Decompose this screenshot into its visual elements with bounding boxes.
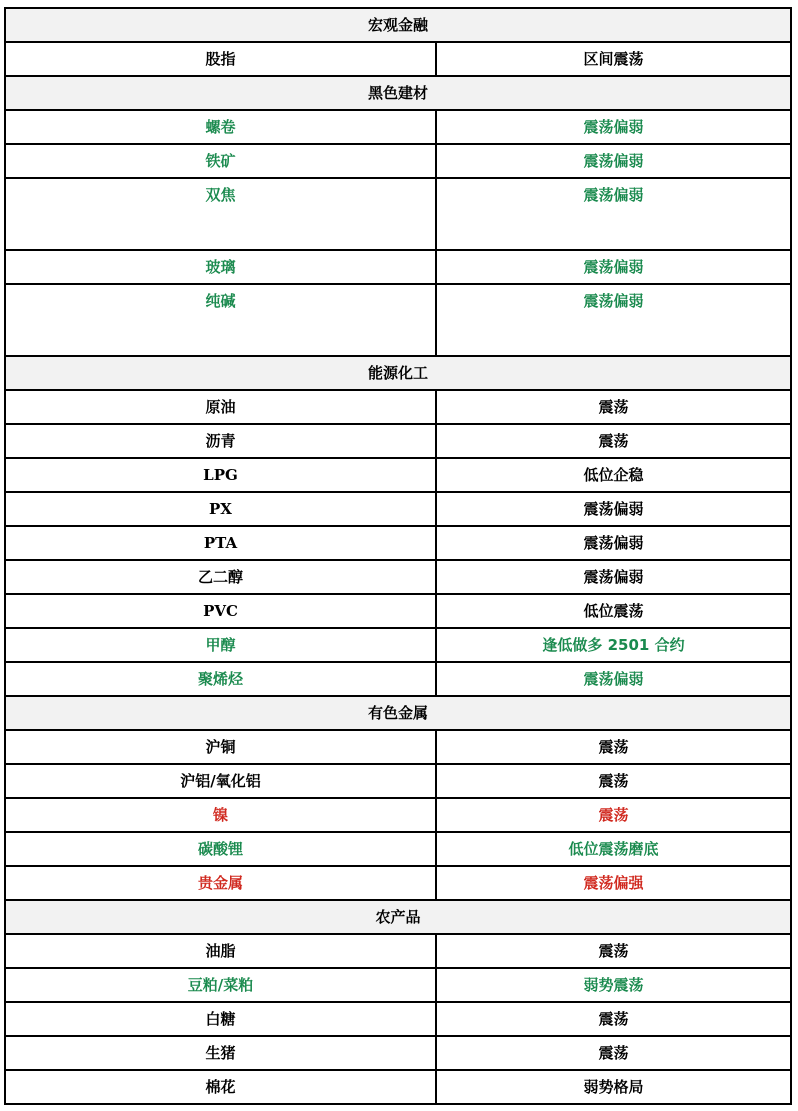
commodity-view: 低位震荡 [436, 594, 791, 628]
commodity-name: LPG [5, 458, 436, 492]
table-row: PTA 震荡偏弱 [5, 526, 791, 560]
commodity-view: 震荡 [436, 764, 791, 798]
commodity-view: 震荡 [436, 934, 791, 968]
table-row: 双焦 震荡偏弱 [5, 178, 791, 250]
table-row: 沪铜 震荡 [5, 730, 791, 764]
commodity-name: PVC [5, 594, 436, 628]
commodity-name: 纯碱 [5, 284, 436, 356]
table-row: 贵金属 震荡偏强 [5, 866, 791, 900]
table-row: 股指 区间震荡 [5, 42, 791, 76]
commodity-name: 油脂 [5, 934, 436, 968]
commodity-view: 弱势震荡 [436, 968, 791, 1002]
commodity-name: PTA [5, 526, 436, 560]
table-row: 生猪 震荡 [5, 1036, 791, 1070]
commodity-view: 震荡偏弱 [436, 110, 791, 144]
table-row: 镍 震荡 [5, 798, 791, 832]
commodity-view: 震荡 [436, 1002, 791, 1036]
commodity-view: 震荡 [436, 730, 791, 764]
commodity-name: 白糖 [5, 1002, 436, 1036]
commodity-view: 震荡偏弱 [436, 492, 791, 526]
commodity-view: 震荡偏强 [436, 866, 791, 900]
table-row: LPG 低位企稳 [5, 458, 791, 492]
commodity-view: 低位震荡磨底 [436, 832, 791, 866]
table-row: 玻璃 震荡偏弱 [5, 250, 791, 284]
commodity-name: 玻璃 [5, 250, 436, 284]
commodity-view: 震荡 [436, 424, 791, 458]
commodity-name: 豆粕/菜粕 [5, 968, 436, 1002]
commodity-name: 碳酸锂 [5, 832, 436, 866]
commodity-name: 螺卷 [5, 110, 436, 144]
section-header-ferrous: 黑色建材 [5, 76, 791, 110]
table-row: PVC 低位震荡 [5, 594, 791, 628]
commodity-view: 震荡偏弱 [436, 250, 791, 284]
commodity-view: 震荡偏弱 [436, 284, 791, 356]
commodity-name: 铁矿 [5, 144, 436, 178]
table-row: 沥青 震荡 [5, 424, 791, 458]
table-row: PX 震荡偏弱 [5, 492, 791, 526]
table-row: 螺卷 震荡偏弱 [5, 110, 791, 144]
table-row: 原油 震荡 [5, 390, 791, 424]
table-row: 白糖 震荡 [5, 1002, 791, 1036]
table-row: 沪铝/氧化铝 震荡 [5, 764, 791, 798]
section-header-macro: 宏观金融 [5, 8, 791, 42]
table-row: 聚烯烃 震荡偏弱 [5, 662, 791, 696]
table-row: 豆粕/菜粕 弱势震荡 [5, 968, 791, 1002]
commodity-view: 震荡偏弱 [436, 178, 791, 250]
commodity-name: 乙二醇 [5, 560, 436, 594]
commodity-name: 镍 [5, 798, 436, 832]
table-row: 铁矿 震荡偏弱 [5, 144, 791, 178]
commodity-view: 弱势格局 [436, 1070, 791, 1104]
commodity-name: 沥青 [5, 424, 436, 458]
table-row: 纯碱 震荡偏弱 [5, 284, 791, 356]
commodity-view: 震荡偏弱 [436, 144, 791, 178]
commodity-view: 区间震荡 [436, 42, 791, 76]
table-row: 乙二醇 震荡偏弱 [5, 560, 791, 594]
commodity-name: 棉花 [5, 1070, 436, 1104]
table-row: 碳酸锂 低位震荡磨底 [5, 832, 791, 866]
commodity-view: 震荡 [436, 798, 791, 832]
table-row: 甲醇 逢低做多 2501 合约 [5, 628, 791, 662]
commodity-view: 低位企稳 [436, 458, 791, 492]
section-header-agriculture: 农产品 [5, 900, 791, 934]
commodity-view: 震荡偏弱 [436, 662, 791, 696]
commodity-name: 生猪 [5, 1036, 436, 1070]
commodity-name: 沪铝/氧化铝 [5, 764, 436, 798]
section-header-energy-chemicals: 能源化工 [5, 356, 791, 390]
commodity-name: 股指 [5, 42, 436, 76]
commodity-name: 双焦 [5, 178, 436, 250]
commodity-view: 震荡 [436, 390, 791, 424]
strategy-table: 宏观金融 股指 区间震荡 黑色建材 螺卷 震荡偏弱 铁矿 震荡偏弱 双焦 震荡偏… [4, 7, 792, 1105]
commodity-view: 逢低做多 2501 合约 [436, 628, 791, 662]
table-row: 油脂 震荡 [5, 934, 791, 968]
commodity-name: 聚烯烃 [5, 662, 436, 696]
table-row: 棉花 弱势格局 [5, 1070, 791, 1104]
commodity-name: 沪铜 [5, 730, 436, 764]
commodity-name: 贵金属 [5, 866, 436, 900]
commodity-name: 甲醇 [5, 628, 436, 662]
commodity-view: 震荡偏弱 [436, 526, 791, 560]
commodity-name: 原油 [5, 390, 436, 424]
section-header-nonferrous: 有色金属 [5, 696, 791, 730]
commodity-view: 震荡偏弱 [436, 560, 791, 594]
commodity-name: PX [5, 492, 436, 526]
commodity-view: 震荡 [436, 1036, 791, 1070]
